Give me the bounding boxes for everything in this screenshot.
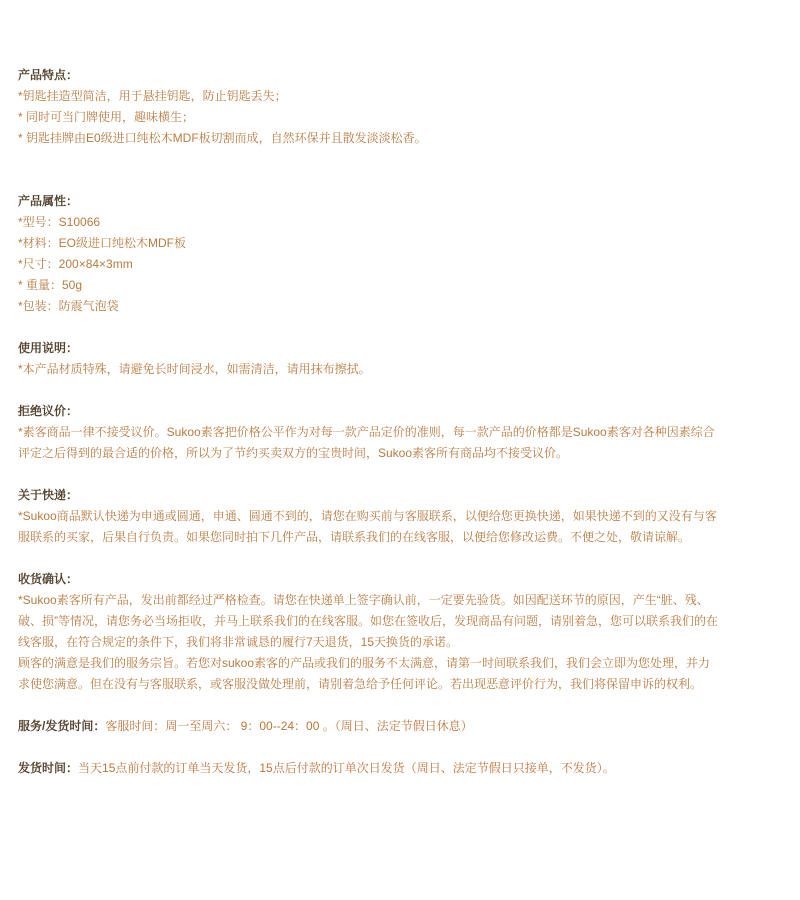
section-title-usage-instructions: 使用说明：	[18, 338, 718, 359]
section-title-product-attributes: 产品属性：	[18, 191, 718, 212]
usage-instruction-line: *本产品材质特殊，请避免长时间浸水，如需清洁，请用抹布擦拭。	[18, 359, 718, 380]
product-attribute-line: *尺寸：200×84×3mm	[18, 254, 718, 275]
section-title-no-bargaining: 拒绝议价：	[18, 401, 718, 422]
dispatch-time-label: 发货时间：	[18, 761, 78, 775]
section-no-bargaining: 拒绝议价： *素客商品一律不接受议价。Sukoo素客把价格公平作为对每一款产品定…	[18, 401, 718, 464]
receipt-confirmation-paragraph: *Sukoo素客所有产品，发出前都经过严格检查。请您在快递单上签字确认前，一定要…	[18, 590, 718, 653]
row-service-hours: 服务/发货时间：客服时间：周一至周六： 9：00--24：00 。（周日、法定节…	[18, 716, 718, 737]
product-attribute-line: *包装：防震气泡袋	[18, 296, 718, 317]
no-bargaining-paragraph: *素客商品一律不接受议价。Sukoo素客把价格公平作为对每一款产品定价的准则，每…	[18, 422, 718, 464]
service-hours-value: 客服时间：周一至周六： 9：00--24：00 。（周日、法定节假日休息）	[105, 719, 472, 733]
shipping-info-paragraph: *Sukoo商品默认快递为申通或圆通，申通、圆通不到的，请您在购买前与客服联系，…	[18, 506, 718, 548]
row-dispatch-time: 发货时间：当天15点前付款的订单当天发货，15点后付款的订单次日发货（周日、法定…	[18, 758, 718, 779]
section-title-receipt-confirmation: 收货确认：	[18, 569, 718, 590]
section-product-features: 产品特点： *钥匙挂造型简洁，用于悬挂钥匙，防止钥匙丢失； * 同时可当门牌使用…	[18, 65, 718, 149]
service-hours-label: 服务/发货时间：	[18, 719, 105, 733]
section-title-shipping-info: 关于快递：	[18, 485, 718, 506]
product-feature-line: * 钥匙挂牌由E0级进口纯松木MDF板切割而成，自然环保并且散发淡淡松香。	[18, 128, 718, 149]
customer-satisfaction-paragraph: 顾客的满意是我们的服务宗旨。若您对sukoo素客的产品或我们的服务不太满意，请第…	[18, 653, 718, 695]
section-usage-instructions: 使用说明： *本产品材质特殊，请避免长时间浸水，如需清洁，请用抹布擦拭。	[18, 338, 718, 380]
product-feature-line: *钥匙挂造型简洁，用于悬挂钥匙，防止钥匙丢失；	[18, 86, 718, 107]
dispatch-time-value: 当天15点前付款的订单当天发货，15点后付款的订单次日发货（周日、法定节假日只接…	[78, 761, 615, 775]
section-product-attributes: 产品属性： *型号：S10066 *材料：EO级进口纯松木MDF板 *尺寸：20…	[18, 191, 718, 317]
product-attribute-line: * 重量：50g	[18, 275, 718, 296]
product-feature-line: * 同时可当门牌使用，趣味横生；	[18, 107, 718, 128]
section-title-product-features: 产品特点：	[18, 65, 718, 86]
product-description-content: 产品特点： *钥匙挂造型简洁，用于悬挂钥匙，防止钥匙丢失； * 同时可当门牌使用…	[18, 65, 718, 779]
product-attribute-line: *材料：EO级进口纯松木MDF板	[18, 233, 718, 254]
product-description-page: 产品特点： *钥匙挂造型简洁，用于悬挂钥匙，防止钥匙丢失； * 同时可当门牌使用…	[0, 0, 800, 900]
section-receipt-confirmation: 收货确认： *Sukoo素客所有产品，发出前都经过严格检查。请您在快递单上签字确…	[18, 569, 718, 695]
section-shipping-info: 关于快递： *Sukoo商品默认快递为申通或圆通，申通、圆通不到的，请您在购买前…	[18, 485, 718, 548]
product-attribute-line: *型号：S10066	[18, 212, 718, 233]
